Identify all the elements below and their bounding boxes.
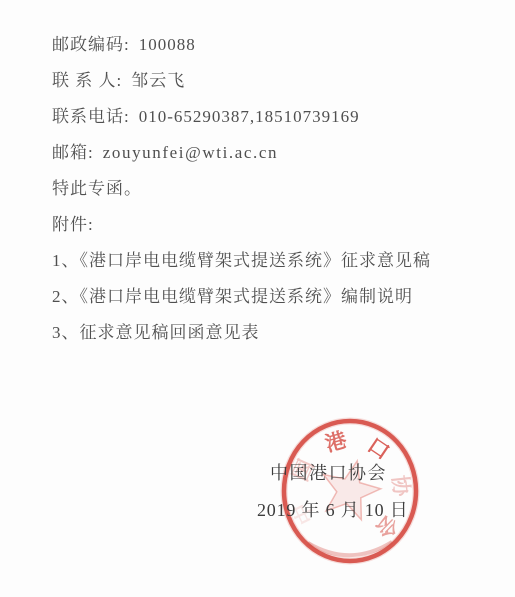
closing-line: 特此专函。 [52,171,431,207]
attachment-item-3: 3、征求意见稿回函意见表 [52,315,431,351]
stamp-ring-char: 协 [388,474,414,498]
contact-person-label: 联 系 人: [52,71,122,90]
official-seal-stamp: 中 国 港 口 协 会 [250,391,450,591]
field-line-phone: 联系电话:010-65290387,18510739169 [52,99,431,135]
phone-value: 010-65290387,18510739169 [139,107,360,126]
letter-page: 邮政编码:100088 联 系 人:邹云飞 联系电话:010-65290387,… [0,0,515,597]
email-value: zouyunfei@wti.ac.cn [103,143,278,162]
attachment-item-1: 1、《港口岸电电缆臂架式提送系统》征求意见稿 [52,243,431,279]
phone-label: 联系电话: [52,107,130,126]
field-line-postal-code: 邮政编码:100088 [52,27,431,63]
seal-stamp-graphic: 中 国 港 口 协 会 [250,391,450,591]
letter-body: 邮政编码:100088 联 系 人:邹云飞 联系电话:010-65290387,… [52,27,431,351]
signature-organization: 中国港口协会 [270,459,387,485]
attachment-item-2: 2、《港口岸电电缆臂架式提送系统》编制说明 [52,279,431,315]
postal-code-value: 100088 [139,35,196,54]
attachments-heading: 附件: [52,207,431,243]
stamp-ring-char: 港 [323,428,350,457]
field-line-contact-person: 联 系 人:邹云飞 [52,63,431,99]
field-line-email: 邮箱:zouyunfei@wti.ac.cn [52,135,431,171]
contact-person-value: 邹云飞 [131,71,185,90]
postal-code-label: 邮政编码: [52,35,130,54]
signature-date: 2019 年 6 月 10 日 [257,496,409,522]
email-label: 邮箱: [52,143,94,162]
